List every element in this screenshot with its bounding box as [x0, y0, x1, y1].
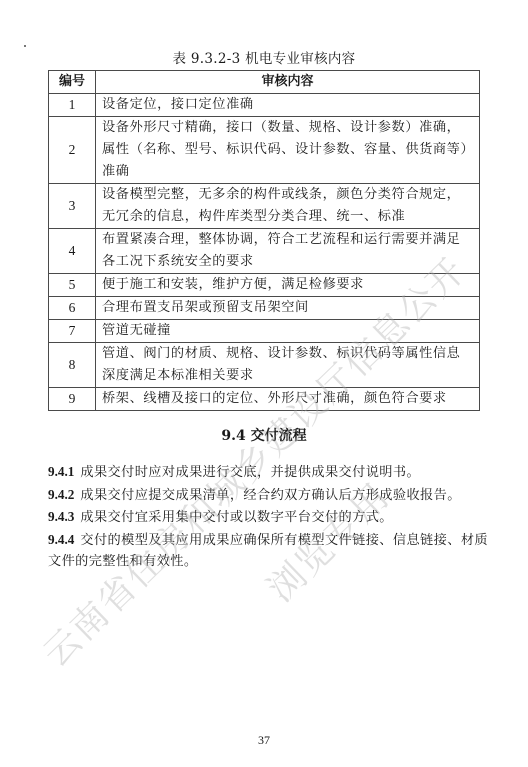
- clause-item: 9.4.1成果交付时应对成果进行交底，并提供成果交付说明书。: [48, 461, 488, 484]
- row-number: 9: [49, 388, 96, 411]
- table-caption: 表 9.3.2-3 机电专业审核内容: [0, 47, 528, 67]
- table-header-row: 编号 审核内容: [49, 71, 480, 94]
- row-number: 4: [49, 229, 96, 274]
- row-number: 8: [49, 343, 96, 388]
- clause-number: 9.4.3: [48, 509, 74, 524]
- section-heading: 9.4 交付流程: [0, 425, 528, 445]
- row-number: 7: [49, 320, 96, 343]
- clause-text: 成果交付时应对成果进行交底，并提供成果交付说明书。: [80, 465, 420, 480]
- row-number: 5: [49, 274, 96, 297]
- clause-number: 9.4.2: [48, 487, 74, 502]
- clause-item: 9.4.4交付的模型及其应用成果应确保所有模型文件链接、信息链接、材质文件的完整…: [48, 529, 488, 573]
- row-content: 设备模型完整，无多余的构件或线条，颜色分类符合规定，无冗余的信息，构件库类型分类…: [96, 184, 480, 229]
- review-table: 编号 审核内容 1 设备定位，接口定位准确 2 设备外形尺寸精确，接口（数量、规…: [48, 70, 480, 411]
- header-number: 编号: [49, 71, 96, 94]
- clause-text: 成果交付宜采用集中交付或以数字平台交付的方式。: [80, 510, 393, 525]
- table-row: 8 管道、阀门的材质、规格、设计参数、标识代码等属性信息深度满足本标准相关要求: [49, 343, 480, 388]
- row-number: 1: [49, 94, 96, 117]
- clause-text: 交付的模型及其应用成果应确保所有模型文件链接、信息链接、材质文件的完整性和有效性…: [48, 533, 488, 570]
- row-content: 管道无碰撞: [96, 320, 480, 343]
- clause-item: 9.4.3成果交付宜采用集中交付或以数字平台交付的方式。: [48, 506, 488, 529]
- table-row: 6 合理布置支吊架或预留支吊架空间: [49, 297, 480, 320]
- row-content: 桥架、线槽及接口的定位、外形尺寸准确，颜色符合要求: [96, 388, 480, 411]
- table-row: 9 桥架、线槽及接口的定位、外形尺寸准确，颜色符合要求: [49, 388, 480, 411]
- clause-item: 9.4.2成果交付应提交成果清单，经合约双方确认后方形成验收报告。: [48, 484, 488, 507]
- row-content: 便于施工和安装，维护方便，满足检修要求: [96, 274, 480, 297]
- row-content: 设备外形尺寸精确，接口（数量、规格、设计参数）准确，属性（名称、型号、标识代码、…: [96, 117, 480, 184]
- header-content: 审核内容: [96, 71, 480, 94]
- row-content: 布置紧凑合理，整体协调，符合工艺流程和运行需要并满足各工况下系统安全的要求: [96, 229, 480, 274]
- table-row: 7 管道无碰撞: [49, 320, 480, 343]
- table-row: 3 设备模型完整，无多余的构件或线条，颜色分类符合规定，无冗余的信息，构件库类型…: [49, 184, 480, 229]
- row-number: 3: [49, 184, 96, 229]
- table-row: 2 设备外形尺寸精确，接口（数量、规格、设计参数）准确，属性（名称、型号、标识代…: [49, 117, 480, 184]
- table-row: 4 布置紧凑合理，整体协调，符合工艺流程和运行需要并满足各工况下系统安全的要求: [49, 229, 480, 274]
- row-content: 合理布置支吊架或预留支吊架空间: [96, 297, 480, 320]
- row-content: 设备定位，接口定位准确: [96, 94, 480, 117]
- page-number: 37: [0, 733, 528, 748]
- table-row: 5 便于施工和安装，维护方便，满足检修要求: [49, 274, 480, 297]
- clause-number: 9.4.1: [48, 464, 74, 479]
- row-content: 管道、阀门的材质、规格、设计参数、标识代码等属性信息深度满足本标准相关要求: [96, 343, 480, 388]
- clause-number: 9.4.4: [48, 532, 74, 547]
- row-number: 6: [49, 297, 96, 320]
- clause-list: 9.4.1成果交付时应对成果进行交底，并提供成果交付说明书。 9.4.2成果交付…: [48, 461, 488, 573]
- clause-text: 成果交付应提交成果清单，经合约双方确认后方形成验收报告。: [80, 488, 460, 503]
- table-row: 1 设备定位，接口定位准确: [49, 94, 480, 117]
- row-number: 2: [49, 117, 96, 184]
